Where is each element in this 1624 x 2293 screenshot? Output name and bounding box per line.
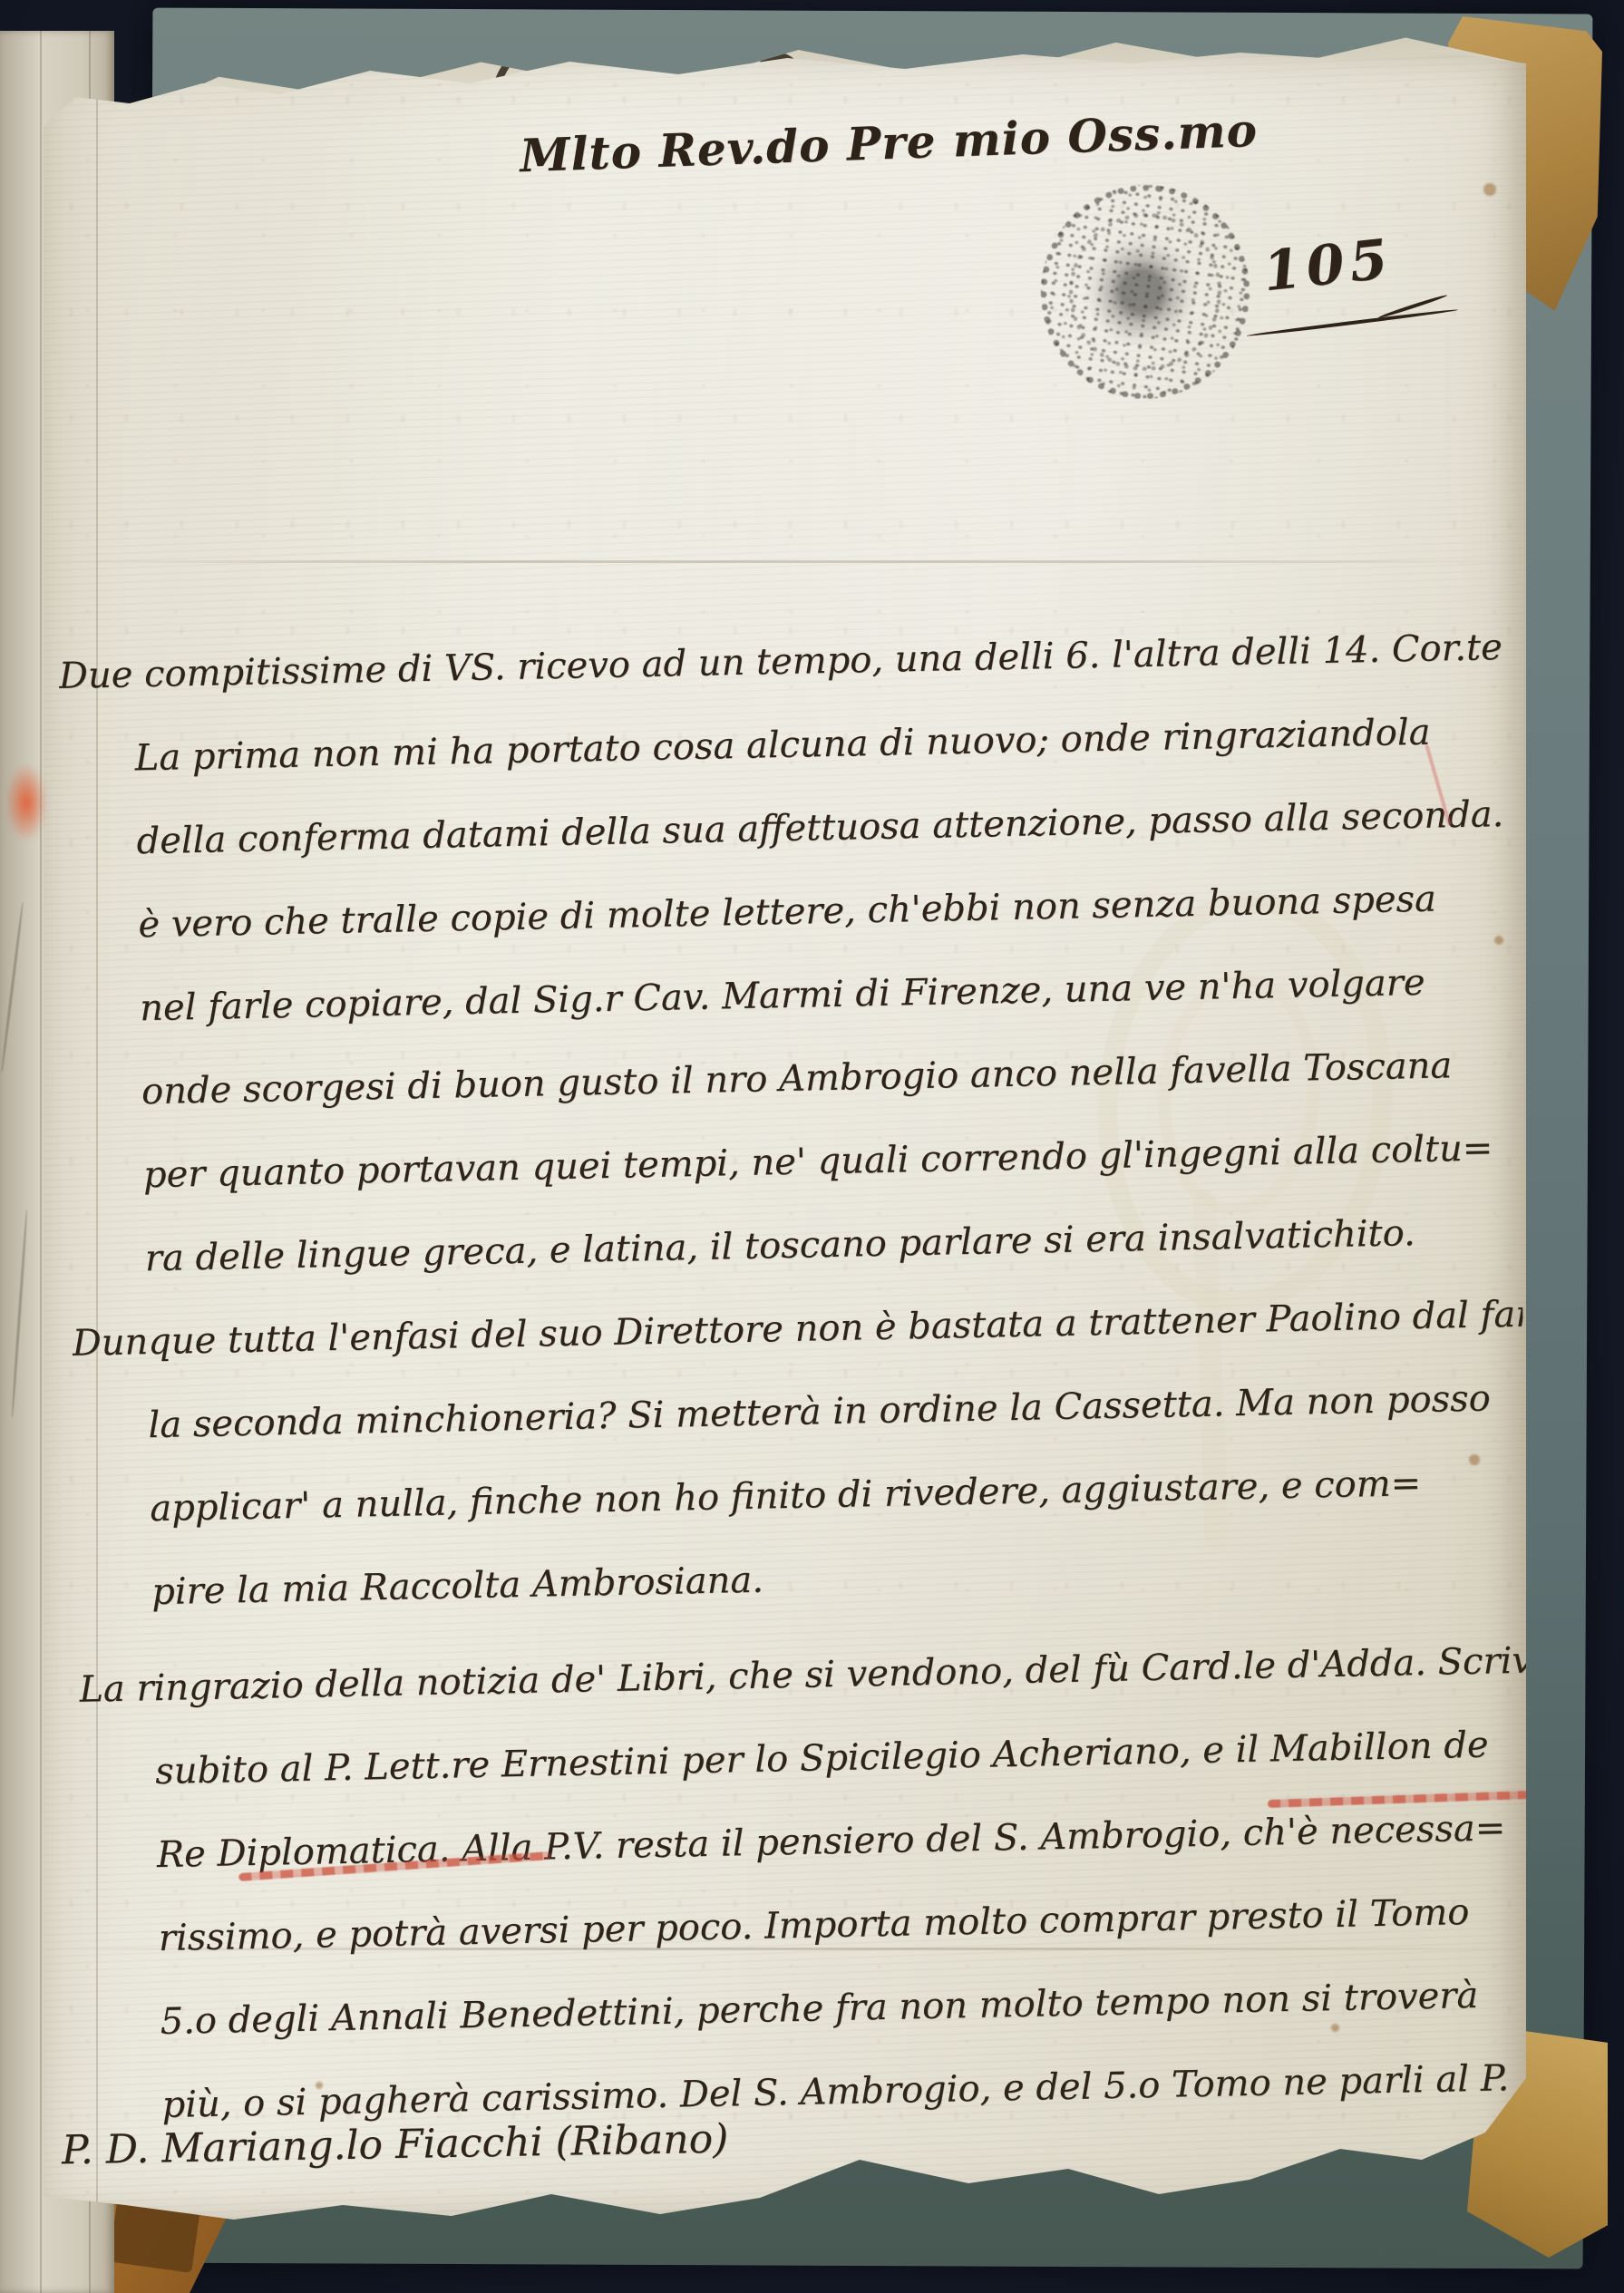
- orange-ink-blot: [5, 763, 47, 841]
- paragraph: Dunque tutta l'enfasi del suo Direttore …: [72, 1273, 1529, 1636]
- page-number-underline: [1247, 308, 1459, 338]
- manuscript-photo: Mlto Rev.do Pre mio Oss.mo 105 Due compi…: [0, 0, 1624, 2293]
- bleedthrough-ink-mark: [11, 1210, 28, 1418]
- foxing-spot: [1483, 183, 1496, 196]
- foxing-spot: [1494, 936, 1503, 945]
- letter-body: Due compitissime di VS. ricevo ad un tem…: [58, 606, 1540, 2167]
- foxing-spot: [1469, 1454, 1480, 1465]
- foxing-spot: [316, 2082, 323, 2089]
- round-ink-stamp-icon: [1027, 171, 1264, 413]
- horizontal-crease: [44, 560, 1526, 563]
- foxing-spot: [1331, 2024, 1339, 2032]
- paragraph: Due compitissime di VS. ricevo ad un tem…: [58, 606, 1522, 1302]
- paragraph: La ringrazio della notizia de' Libri, ch…: [78, 1619, 1539, 2149]
- letter-page: Mlto Rev.do Pre mio Oss.mo 105 Due compi…: [44, 47, 1526, 2221]
- salutation: Mlto Rev.do Pre mio Oss.mo: [519, 103, 1259, 182]
- page-edge-line: [40, 31, 42, 2293]
- bleedthrough-ink-mark: [0, 902, 24, 1074]
- page-number: 105: [1260, 228, 1396, 305]
